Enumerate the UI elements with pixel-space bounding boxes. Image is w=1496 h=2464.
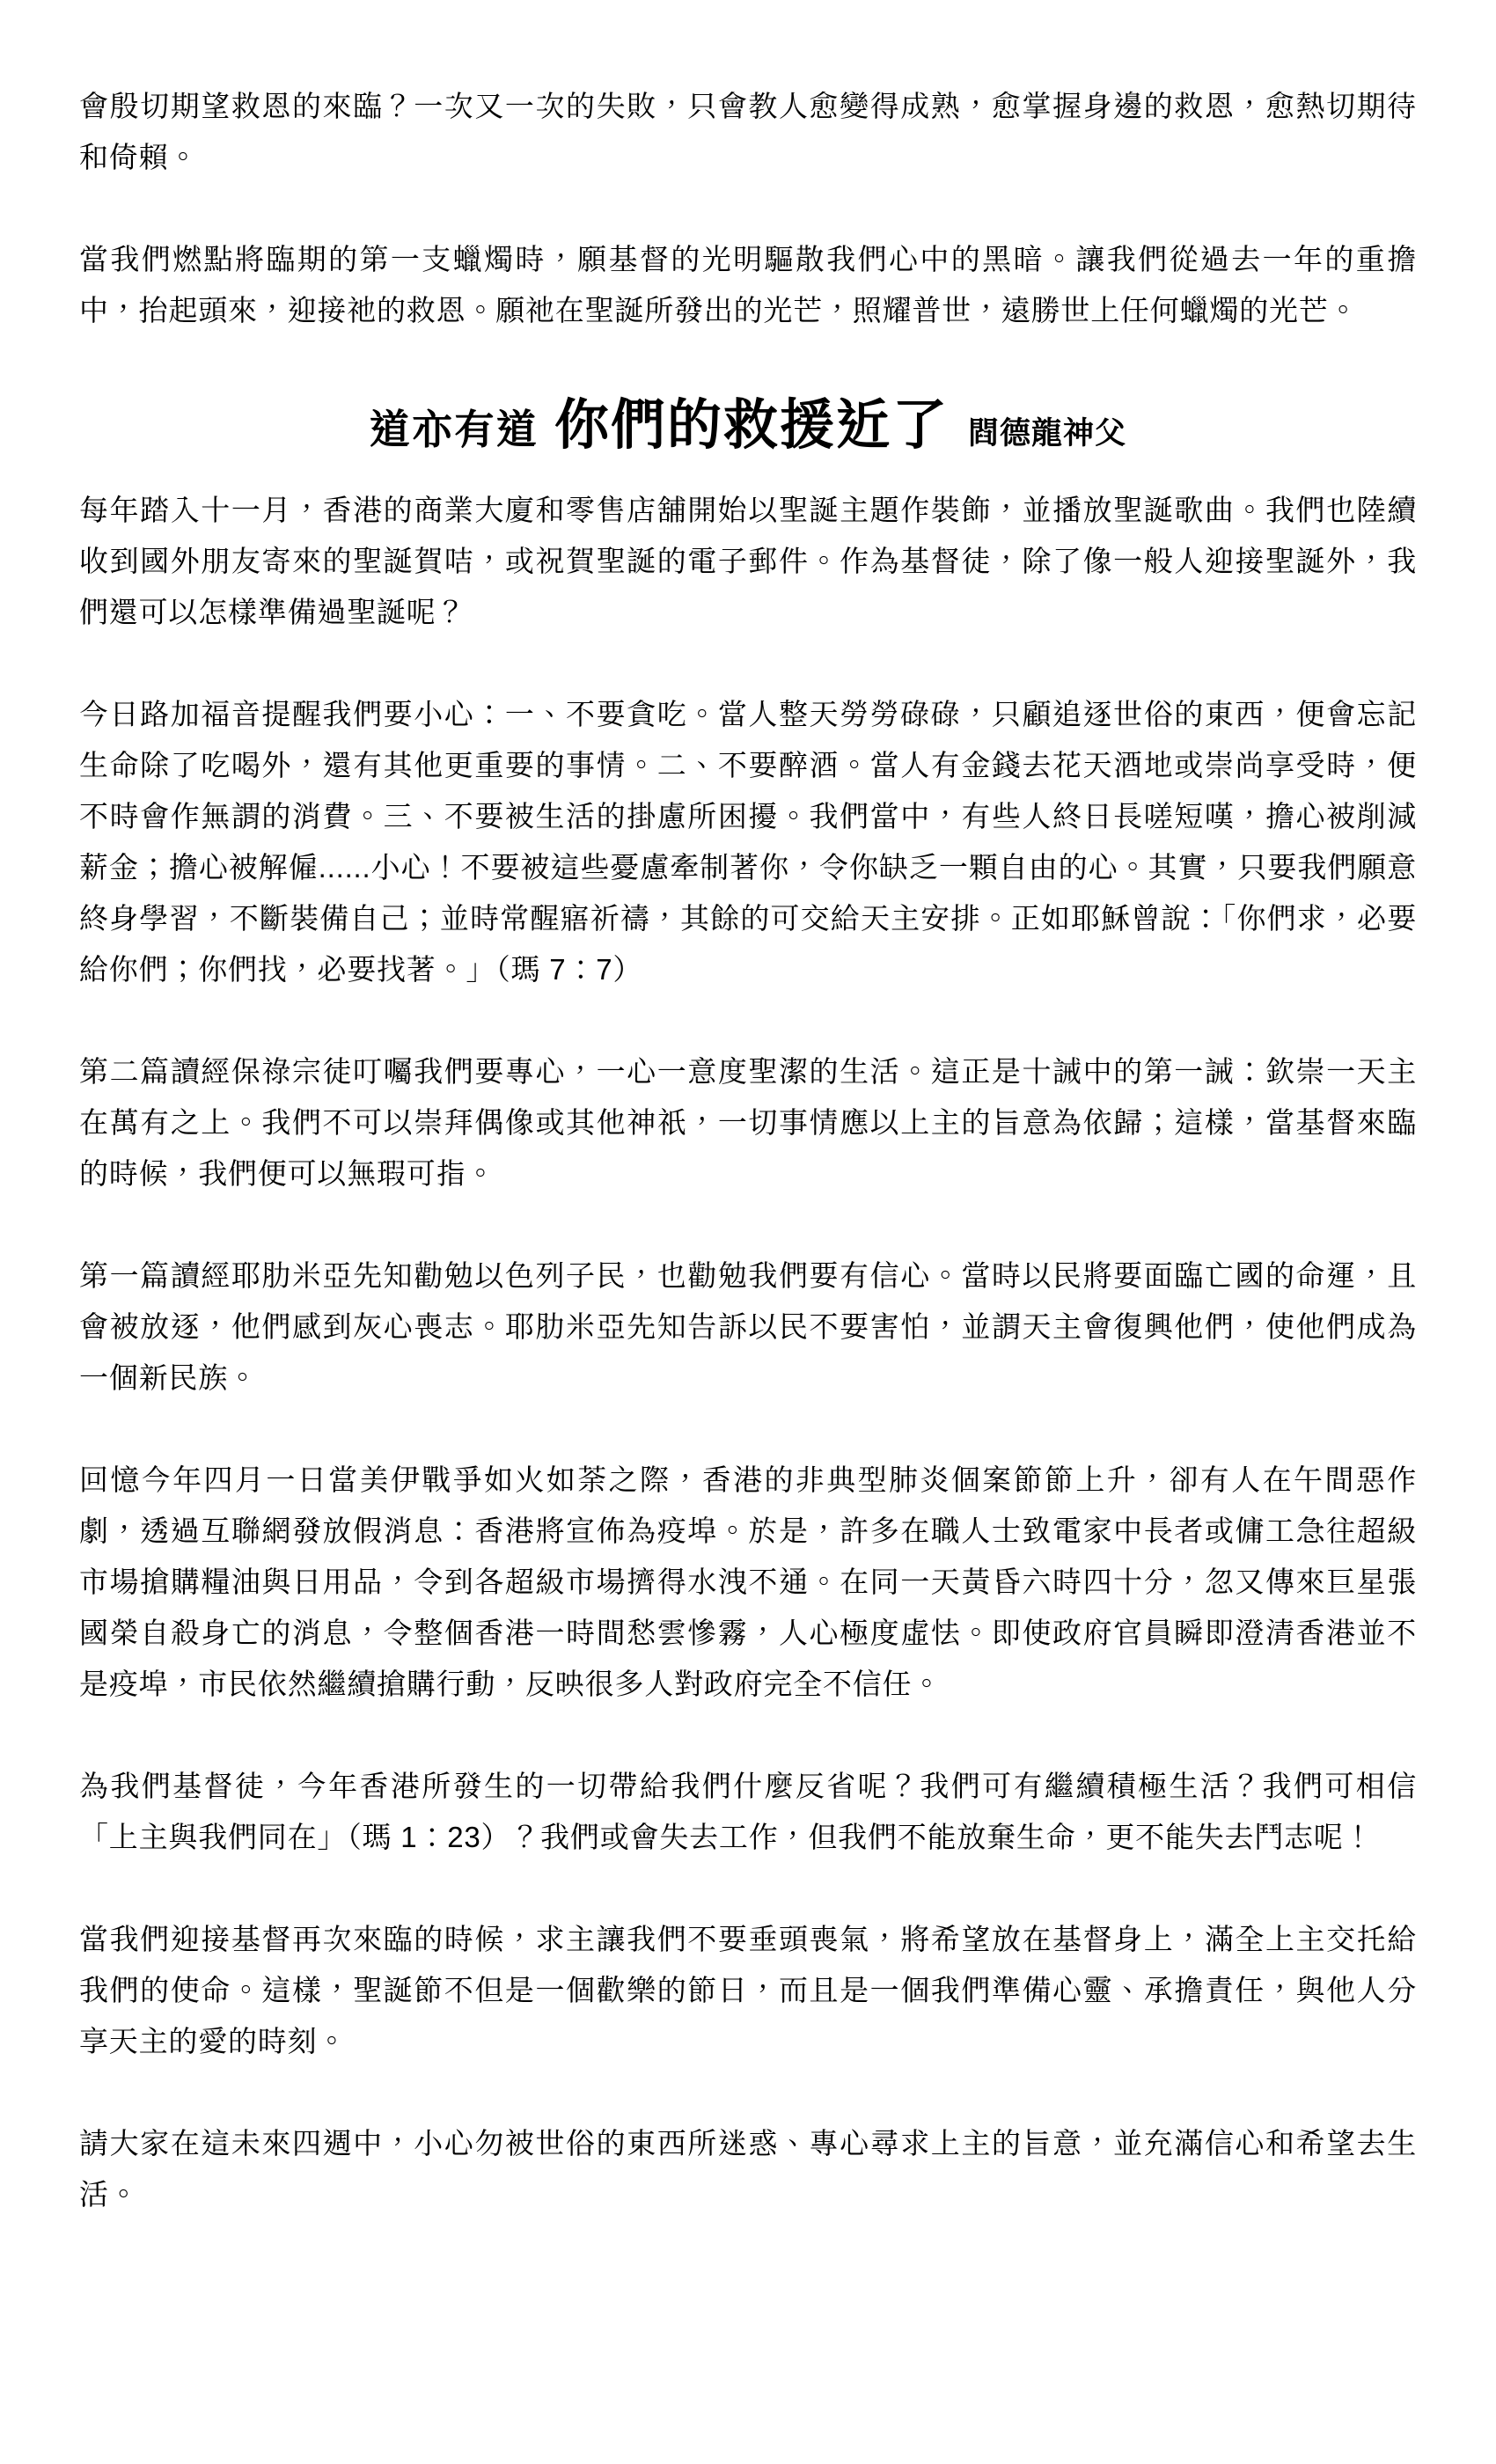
paragraph: 請大家在這未來四週中，小心勿被世俗的東西所迷惑、專心尋求上主的旨意，並充滿信心和… <box>79 2118 1417 2220</box>
document-page: 會殷切期望救恩的來臨？一次又一次的失敗，只會教人愈變得成熟，愈掌握身邊的救恩，愈… <box>0 0 1496 2464</box>
article-heading: 道亦有道你們的救援近了閰德龍神父 <box>79 387 1417 473</box>
paragraph: 每年踏入十一月，香港的商業大廈和零售店舖開始以聖誕主題作裝飾，並播放聖誕歌曲。我… <box>79 485 1417 638</box>
lead-paragraph: 當我們燃點將臨期的第一支蠟燭時，願基督的光明驅散我們心中的黑暗。讓我們從過去一年… <box>79 234 1417 336</box>
column-title: 道亦有道 <box>370 407 539 452</box>
lead-paragraph: 會殷切期望救恩的來臨？一次又一次的失敗，只會教人愈變得成熟，愈掌握身邊的救恩，愈… <box>79 81 1417 183</box>
paragraph: 第二篇讀經保祿宗徒叮囑我們要專心，一心一意度聖潔的生活。這正是十誡中的第一誡：欽… <box>79 1046 1417 1199</box>
author-name: 閰德龍神父 <box>968 416 1126 451</box>
article-title: 你們的救援近了 <box>554 395 949 456</box>
paragraph: 第一篇讀經耶肋米亞先知勸勉以色列子民，也勸勉我們要有信心。當時以民將要面臨亡國的… <box>79 1250 1417 1404</box>
paragraph: 當我們迎接基督再次來臨的時候，求主讓我們不要垂頭喪氣，將希望放在基督身上，滿全上… <box>79 1914 1417 2067</box>
paragraph: 為我們基督徒，今年香港所發生的一切帶給我們什麼反省呢？我們可有繼續積極生活？我們… <box>79 1761 1417 1863</box>
paragraph: 回憶今年四月一日當美伊戰爭如火如荼之際，香港的非典型肺炎個案節節上升，卻有人在午… <box>79 1455 1417 1710</box>
paragraph: 今日路加福音提醒我們要小心：一、不要貪吃。當人整天勞勞碌碌，只顧追逐世俗的東西，… <box>79 689 1417 995</box>
